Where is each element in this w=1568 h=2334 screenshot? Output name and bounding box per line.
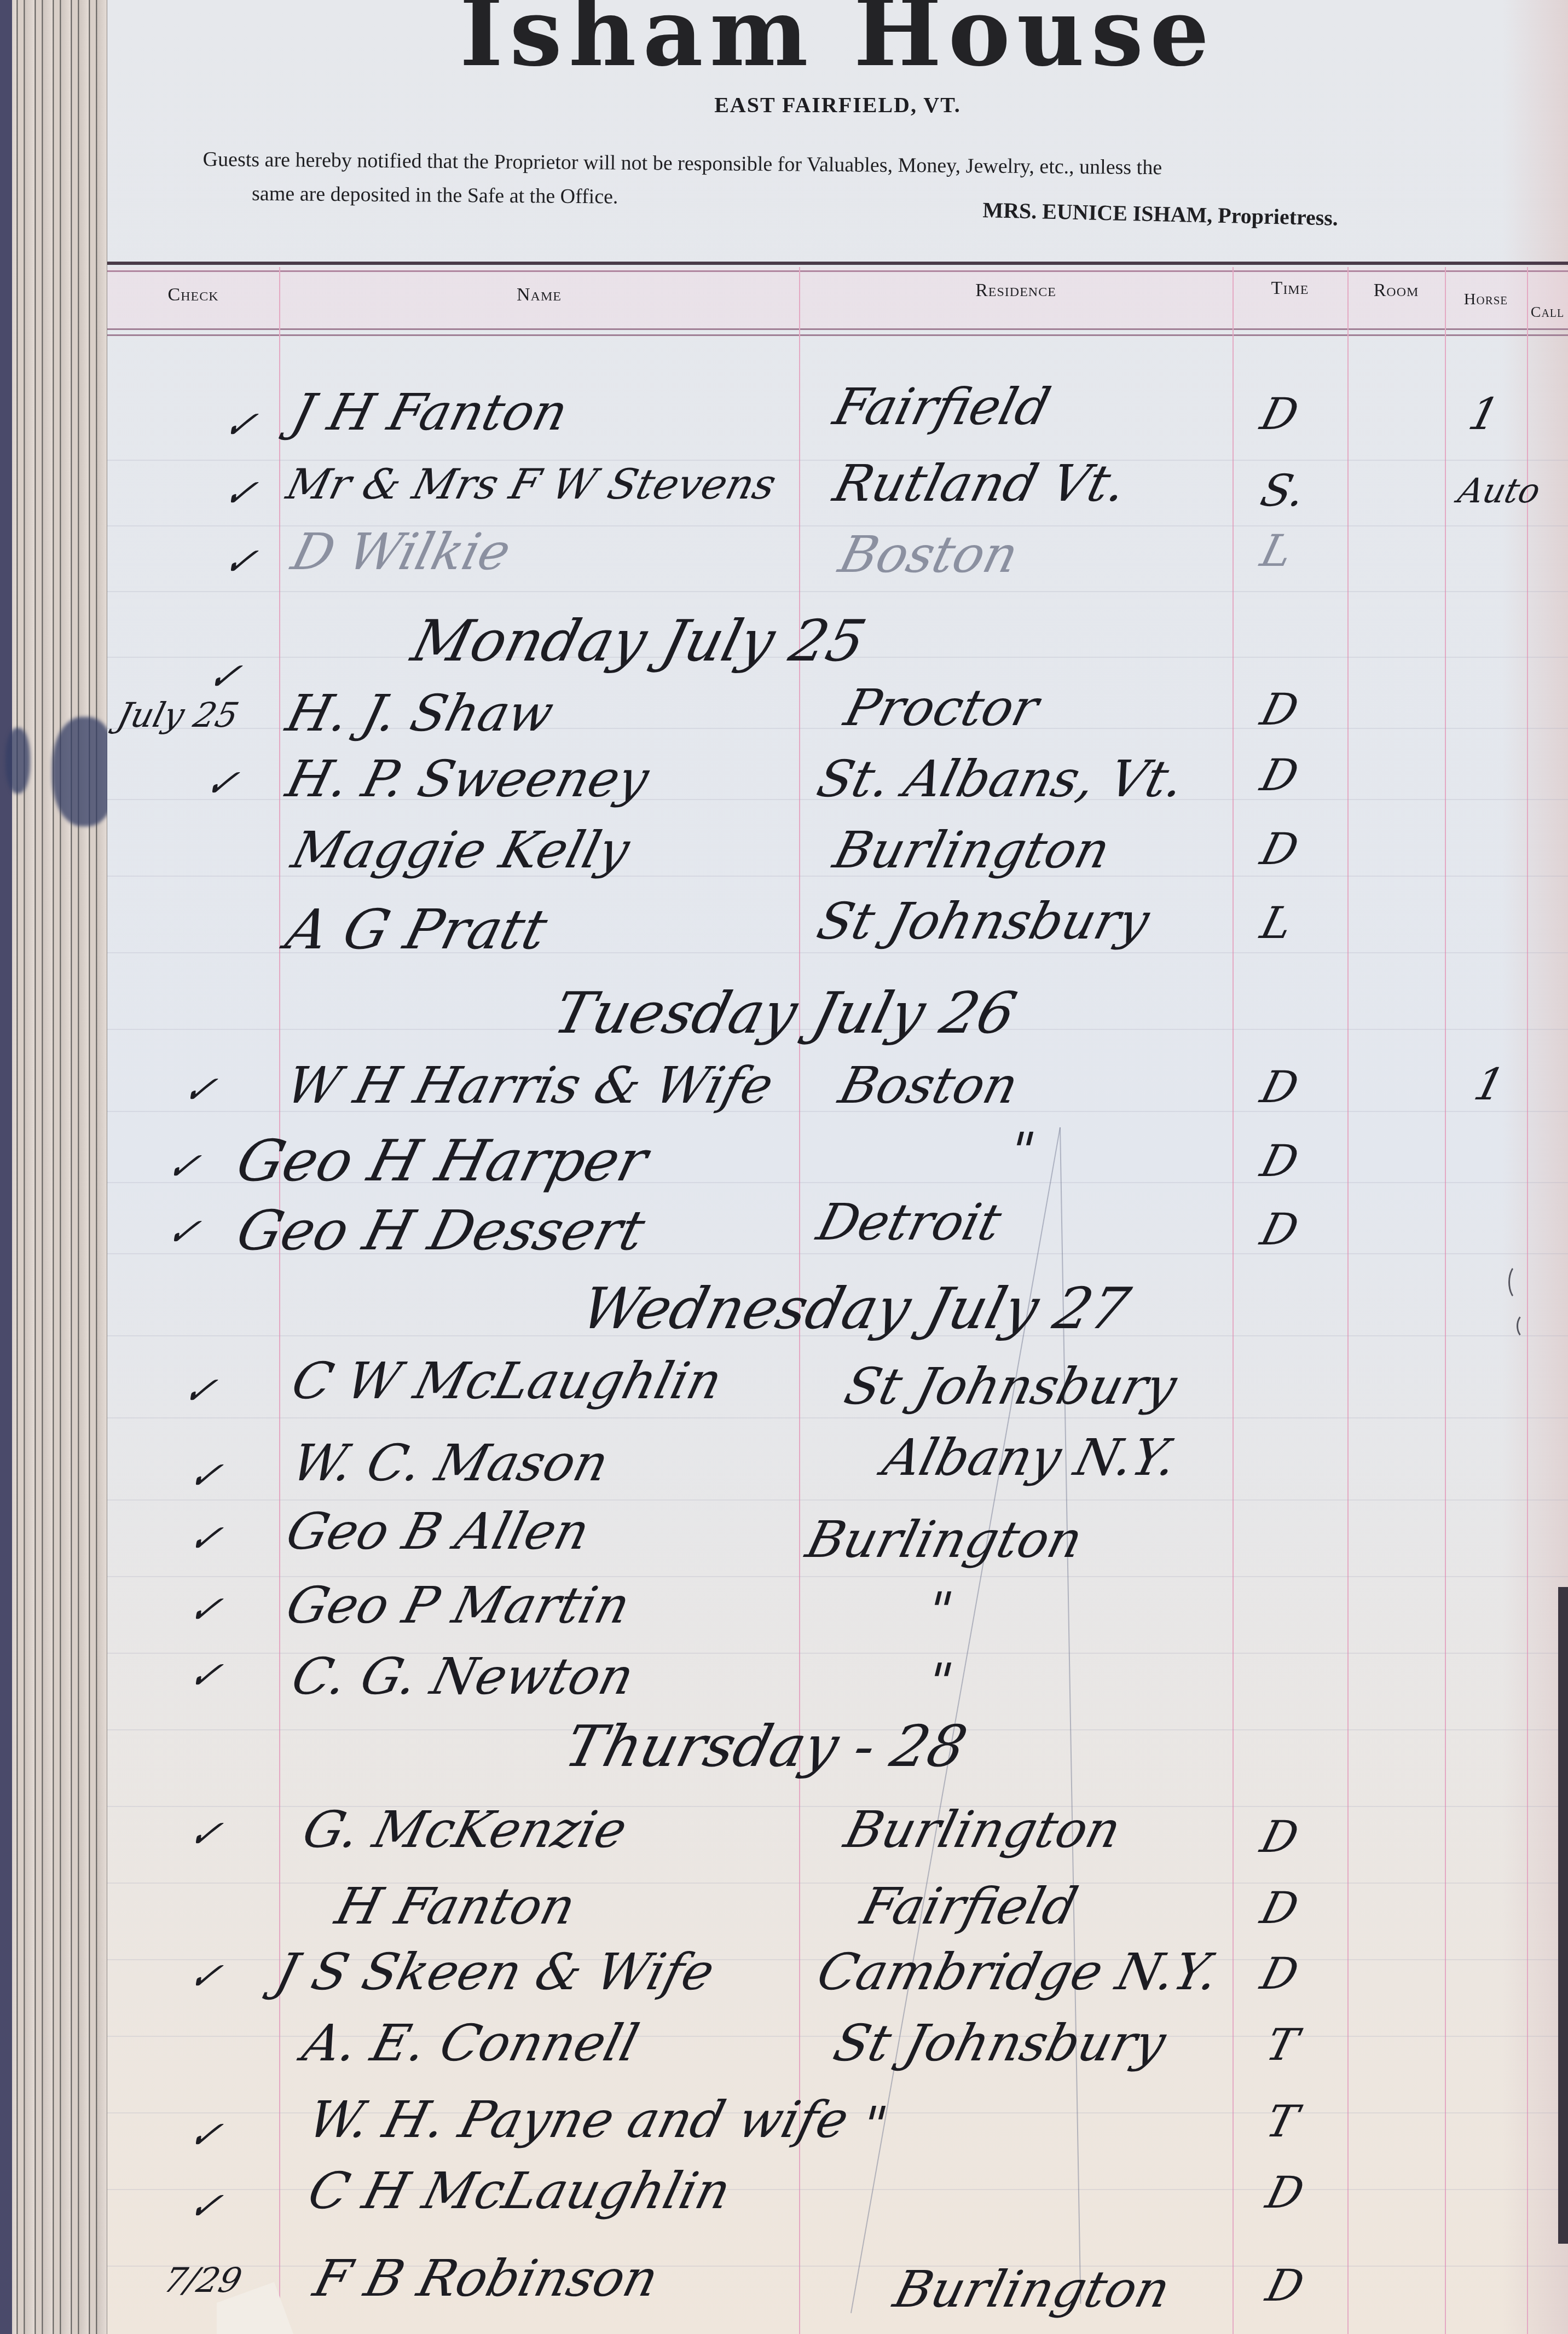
meal-time: T <box>1261 2096 1303 2147</box>
row-line <box>107 591 1568 592</box>
guest-residence: " <box>921 1653 959 1711</box>
guest-name: C. G. Newton <box>286 1647 640 1706</box>
check-mark: ✓ <box>178 1368 222 1413</box>
date-heading: Wednesday July 27 <box>575 1275 1136 1342</box>
register-page: Isham House EAST FAIRFIELD, VT. Guests a… <box>107 0 1568 2334</box>
column-header-room: Room <box>1347 280 1445 301</box>
guest-residence: Boston <box>834 1056 1025 1115</box>
guest-residence: " <box>855 2096 893 2155</box>
guest-residence: Rutland Vt. <box>828 454 1132 513</box>
guest-notice: Guests are hereby notified that the Prop… <box>202 142 1568 222</box>
guest-name: C H McLaughlin <box>303 2162 737 2220</box>
guest-name: Geo B Allen <box>281 1502 595 1561</box>
guest-residence: Burlington <box>828 821 1116 879</box>
guest-name: Geo P Martin <box>281 1576 636 1635</box>
meal-time: D <box>1255 1811 1303 1862</box>
guest-name: H. J. Shaw <box>281 684 560 743</box>
guest-name: Mr & Mrs F W Stevens <box>282 460 781 508</box>
meal-time: D <box>1261 2260 1309 2311</box>
column-divider <box>279 267 280 2334</box>
meal-time: S. <box>1255 465 1311 516</box>
horse-count: 1 <box>1463 389 1504 439</box>
meal-time: L <box>1255 897 1297 948</box>
row-line <box>107 1417 1568 1418</box>
guest-residence: Burlington <box>888 2260 1176 2319</box>
check-mark: ✓ <box>184 1954 227 1999</box>
date-heading: Monday July 25 <box>406 607 872 674</box>
guest-residence: St. Albans, Vt. <box>812 750 1190 808</box>
book-binding <box>0 0 109 2334</box>
guest-name: A G Pratt <box>280 897 553 962</box>
check-mark: ✓ <box>184 1653 227 1698</box>
guest-name: W. H. Payne and wife <box>303 2090 855 2149</box>
meal-time: D <box>1255 824 1303 874</box>
meal-time: D <box>1255 1136 1303 1186</box>
meal-time: T <box>1261 2019 1303 2070</box>
date-heading: Tuesday July 26 <box>548 980 1023 1046</box>
meal-time: D <box>1255 750 1303 801</box>
column-header-call: Call <box>1527 304 1568 321</box>
column-divider <box>1445 267 1446 2334</box>
row-line <box>107 1883 1568 1884</box>
check-mark: ✓ <box>219 539 262 584</box>
margin-date: 7/29 <box>160 2260 246 2300</box>
check-mark: ✓ <box>184 1811 227 1856</box>
check-mark: ✓ <box>184 1516 227 1561</box>
check-mark: ✓ <box>184 2184 227 2228</box>
guest-name: F B Robinson <box>308 2249 664 2308</box>
guest-name: C W McLaughlin <box>286 1352 728 1410</box>
column-divider <box>1233 267 1234 2334</box>
check-mark: ✓ <box>203 654 246 699</box>
guest-name: Geo H Dessert <box>230 1198 651 1262</box>
guest-name: G. McKenzie <box>297 1800 633 1859</box>
check-mark: ✓ <box>219 402 262 447</box>
guest-residence: Fairfield <box>855 1877 1084 1936</box>
guest-residence: St Johnsbury <box>812 892 1155 951</box>
meal-time: D <box>1255 389 1303 439</box>
guest-name: J S Skeen & Wife <box>270 1943 720 2001</box>
guest-name: Geo H Harper <box>230 1127 655 1194</box>
ink-stain <box>5 728 30 794</box>
book-cover-edge <box>0 0 12 2334</box>
column-header-name: Name <box>279 285 799 305</box>
guest-residence: St Johnsbury <box>828 2014 1172 2072</box>
check-mark: ✓ <box>184 2112 227 2157</box>
guest-residence: Albany N.Y. <box>877 1428 1183 1487</box>
header-rule-bottom <box>107 328 1568 336</box>
guest-name: H. P. Sweeney <box>281 750 655 808</box>
guest-name: J H Fanton <box>286 383 574 442</box>
column-header-time: Time <box>1233 278 1347 299</box>
check-mark: ✓ <box>184 1587 227 1632</box>
column-divider <box>1527 267 1528 2334</box>
column-header-residence: Residence <box>799 280 1233 301</box>
guest-name: Maggie Kelly <box>286 821 635 879</box>
meal-time: D <box>1261 2167 1309 2218</box>
check-mark: ✓ <box>178 1067 222 1112</box>
row-line <box>107 1499 1568 1501</box>
guest-name: A. E. Connell <box>297 2014 645 2072</box>
guest-residence: Burlington <box>801 1510 1089 1569</box>
meal-time: D <box>1255 1948 1303 1999</box>
guest-residence: Burlington <box>839 1800 1127 1859</box>
hotel-location: EAST FAIRFIELD, VT. <box>107 92 1568 118</box>
guest-name: H Fanton <box>330 1877 581 1936</box>
margin-date: July 25 <box>113 695 242 735</box>
guest-residence: Proctor <box>839 679 1045 737</box>
column-header-horse: Horse <box>1445 290 1527 309</box>
guest-residence: Fairfield <box>828 378 1056 436</box>
stray-mark <box>1517 1313 1534 1339</box>
column-divider <box>1347 267 1349 2334</box>
check-mark: ✓ <box>184 1453 227 1498</box>
meal-time: D <box>1255 1062 1303 1113</box>
check-mark: ✓ <box>219 471 262 516</box>
meal-time: L <box>1255 525 1297 576</box>
hotel-title: Isham House <box>107 0 1568 88</box>
guest-residence: Detroit <box>812 1193 1008 1252</box>
guest-name: W H Harris & Wife <box>281 1056 779 1115</box>
horse-count: Auto <box>1454 471 1544 511</box>
guest-name: W. C. Mason <box>286 1434 615 1492</box>
check-mark: ✓ <box>162 1209 205 1254</box>
meal-time: D <box>1255 1204 1303 1255</box>
date-heading: Thursday - 28 <box>559 1713 974 1780</box>
header-rule-top <box>107 262 1568 272</box>
guest-residence: " <box>1003 1122 1041 1180</box>
guest-residence: St Johnsbury <box>839 1357 1183 1416</box>
stray-mark <box>1508 1264 1528 1300</box>
meal-time: D <box>1255 1883 1303 1933</box>
guest-name: D Wilkie <box>286 523 517 581</box>
guest-residence: Boston <box>834 525 1025 584</box>
guest-residence: Cambridge N.Y. <box>812 1943 1225 2001</box>
column-header-check: Check <box>107 285 279 305</box>
guest-residence: " <box>921 1582 959 1640</box>
book-edge-tab <box>1558 1587 1568 2244</box>
